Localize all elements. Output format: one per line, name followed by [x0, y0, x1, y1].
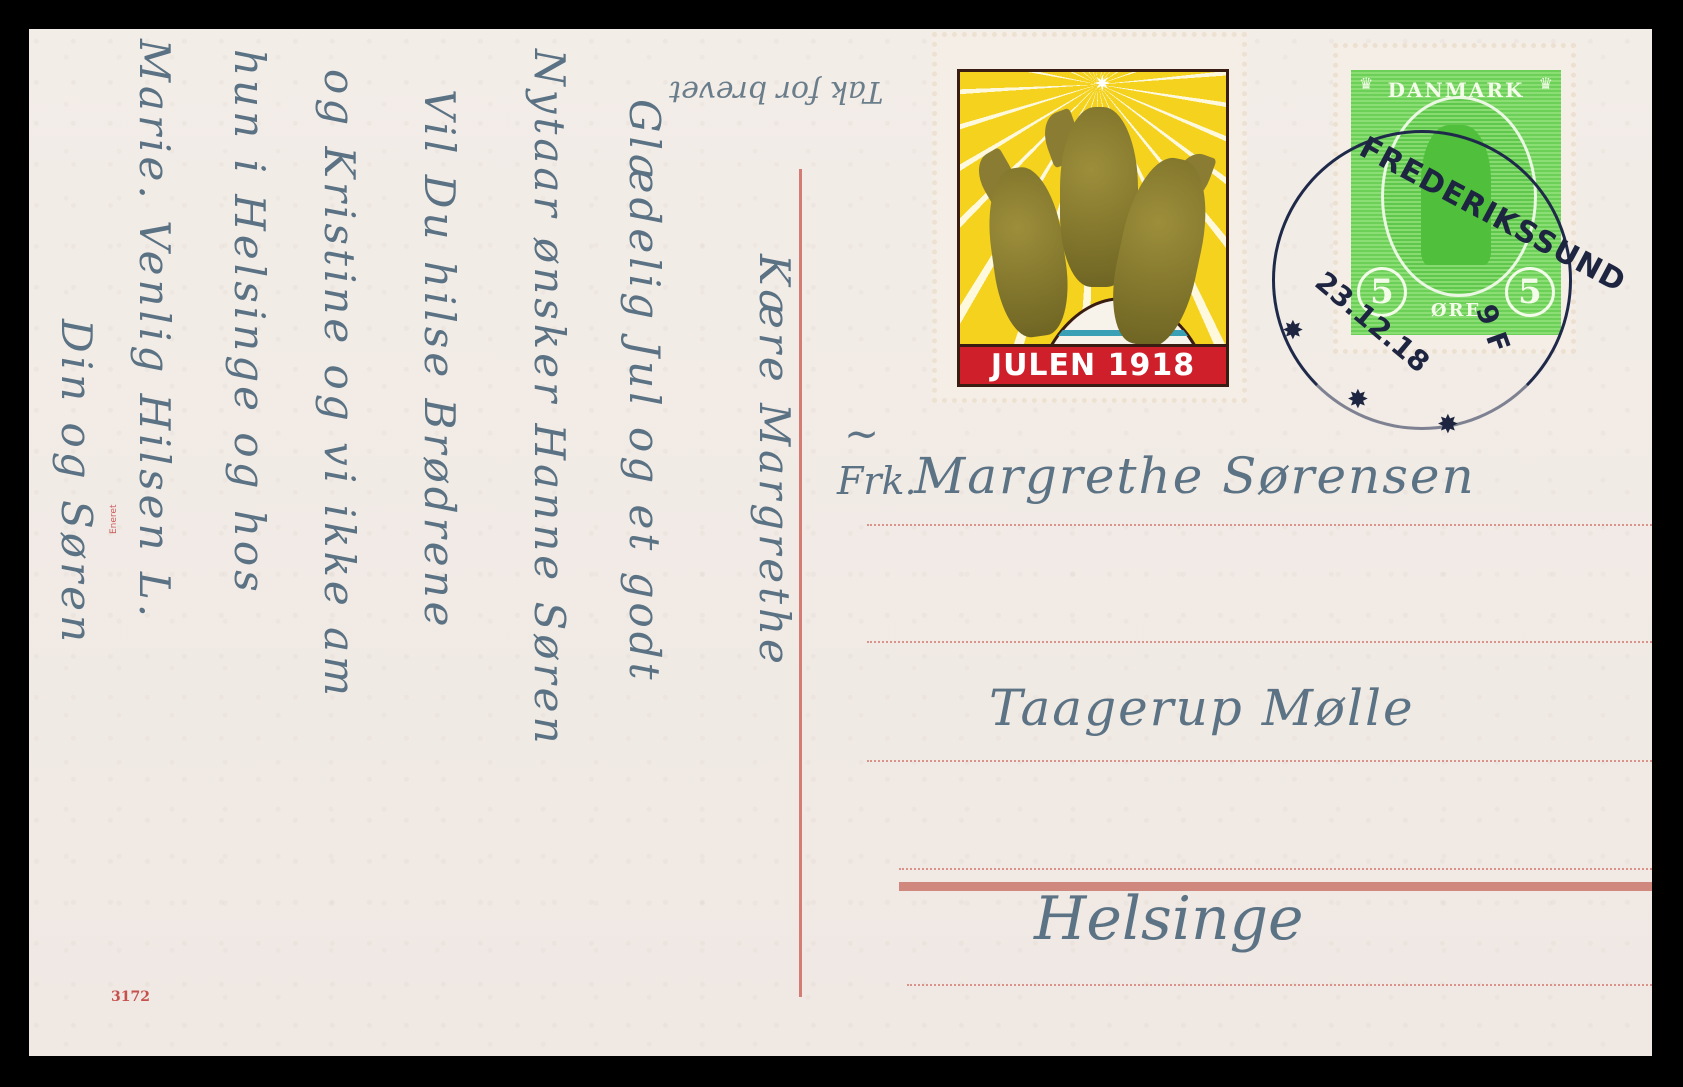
- christmas-seal: ✷ JULEN 1918: [932, 32, 1247, 403]
- message-line-8: Din og Søren: [52, 319, 101, 646]
- address-line-1: [867, 524, 1652, 526]
- star-icon: ✷: [1093, 72, 1111, 97]
- address-line-2: [867, 641, 1652, 643]
- address-town: Helsinge: [1034, 884, 1304, 954]
- message-line-3: Nytaar ønsker Hanne Søren: [525, 49, 574, 748]
- seal-text: JULEN 1918: [991, 348, 1195, 383]
- message-line-4: Vil Du hilse Brødrene: [415, 89, 464, 631]
- printer-imprint: Eneret: [109, 505, 119, 535]
- address-line-4: [899, 868, 1652, 870]
- address-name: Margrethe Sørensen: [914, 447, 1476, 505]
- postmark-star-icon: ✸: [1437, 410, 1459, 440]
- message-line-6: hun i Helsinge og hos: [225, 49, 274, 596]
- seal-artwork: ✷ JULEN 1918: [957, 69, 1229, 387]
- address-line-5: [907, 984, 1652, 986]
- crown-icon: ♛: [1359, 74, 1373, 93]
- address-mark: ~: [844, 409, 881, 458]
- postmark-star-icon: ✸: [1282, 316, 1304, 346]
- message-line-5: og Kristine og vi ikke am: [315, 69, 364, 700]
- vertical-divider: [799, 169, 802, 997]
- message-line-2: Glædelig Jul og et godt: [620, 99, 669, 684]
- postmark-star-icon: ✸: [1347, 385, 1369, 415]
- upside-down-note: Tak for brevet: [669, 74, 883, 109]
- address-line-3: [867, 760, 1652, 762]
- address-place: Taagerup Mølle: [989, 679, 1415, 737]
- crown-icon: ♛: [1539, 74, 1553, 93]
- message-line-1: Kære Margrethe: [750, 254, 799, 668]
- seal-banner: JULEN 1918: [960, 344, 1226, 384]
- stamp-country: DANMARK: [1381, 78, 1531, 102]
- card-number: 3172: [111, 989, 150, 1005]
- message-line-7: Marie. Venlig Hilsen L.: [130, 39, 179, 621]
- address-title: Frk.: [837, 459, 917, 503]
